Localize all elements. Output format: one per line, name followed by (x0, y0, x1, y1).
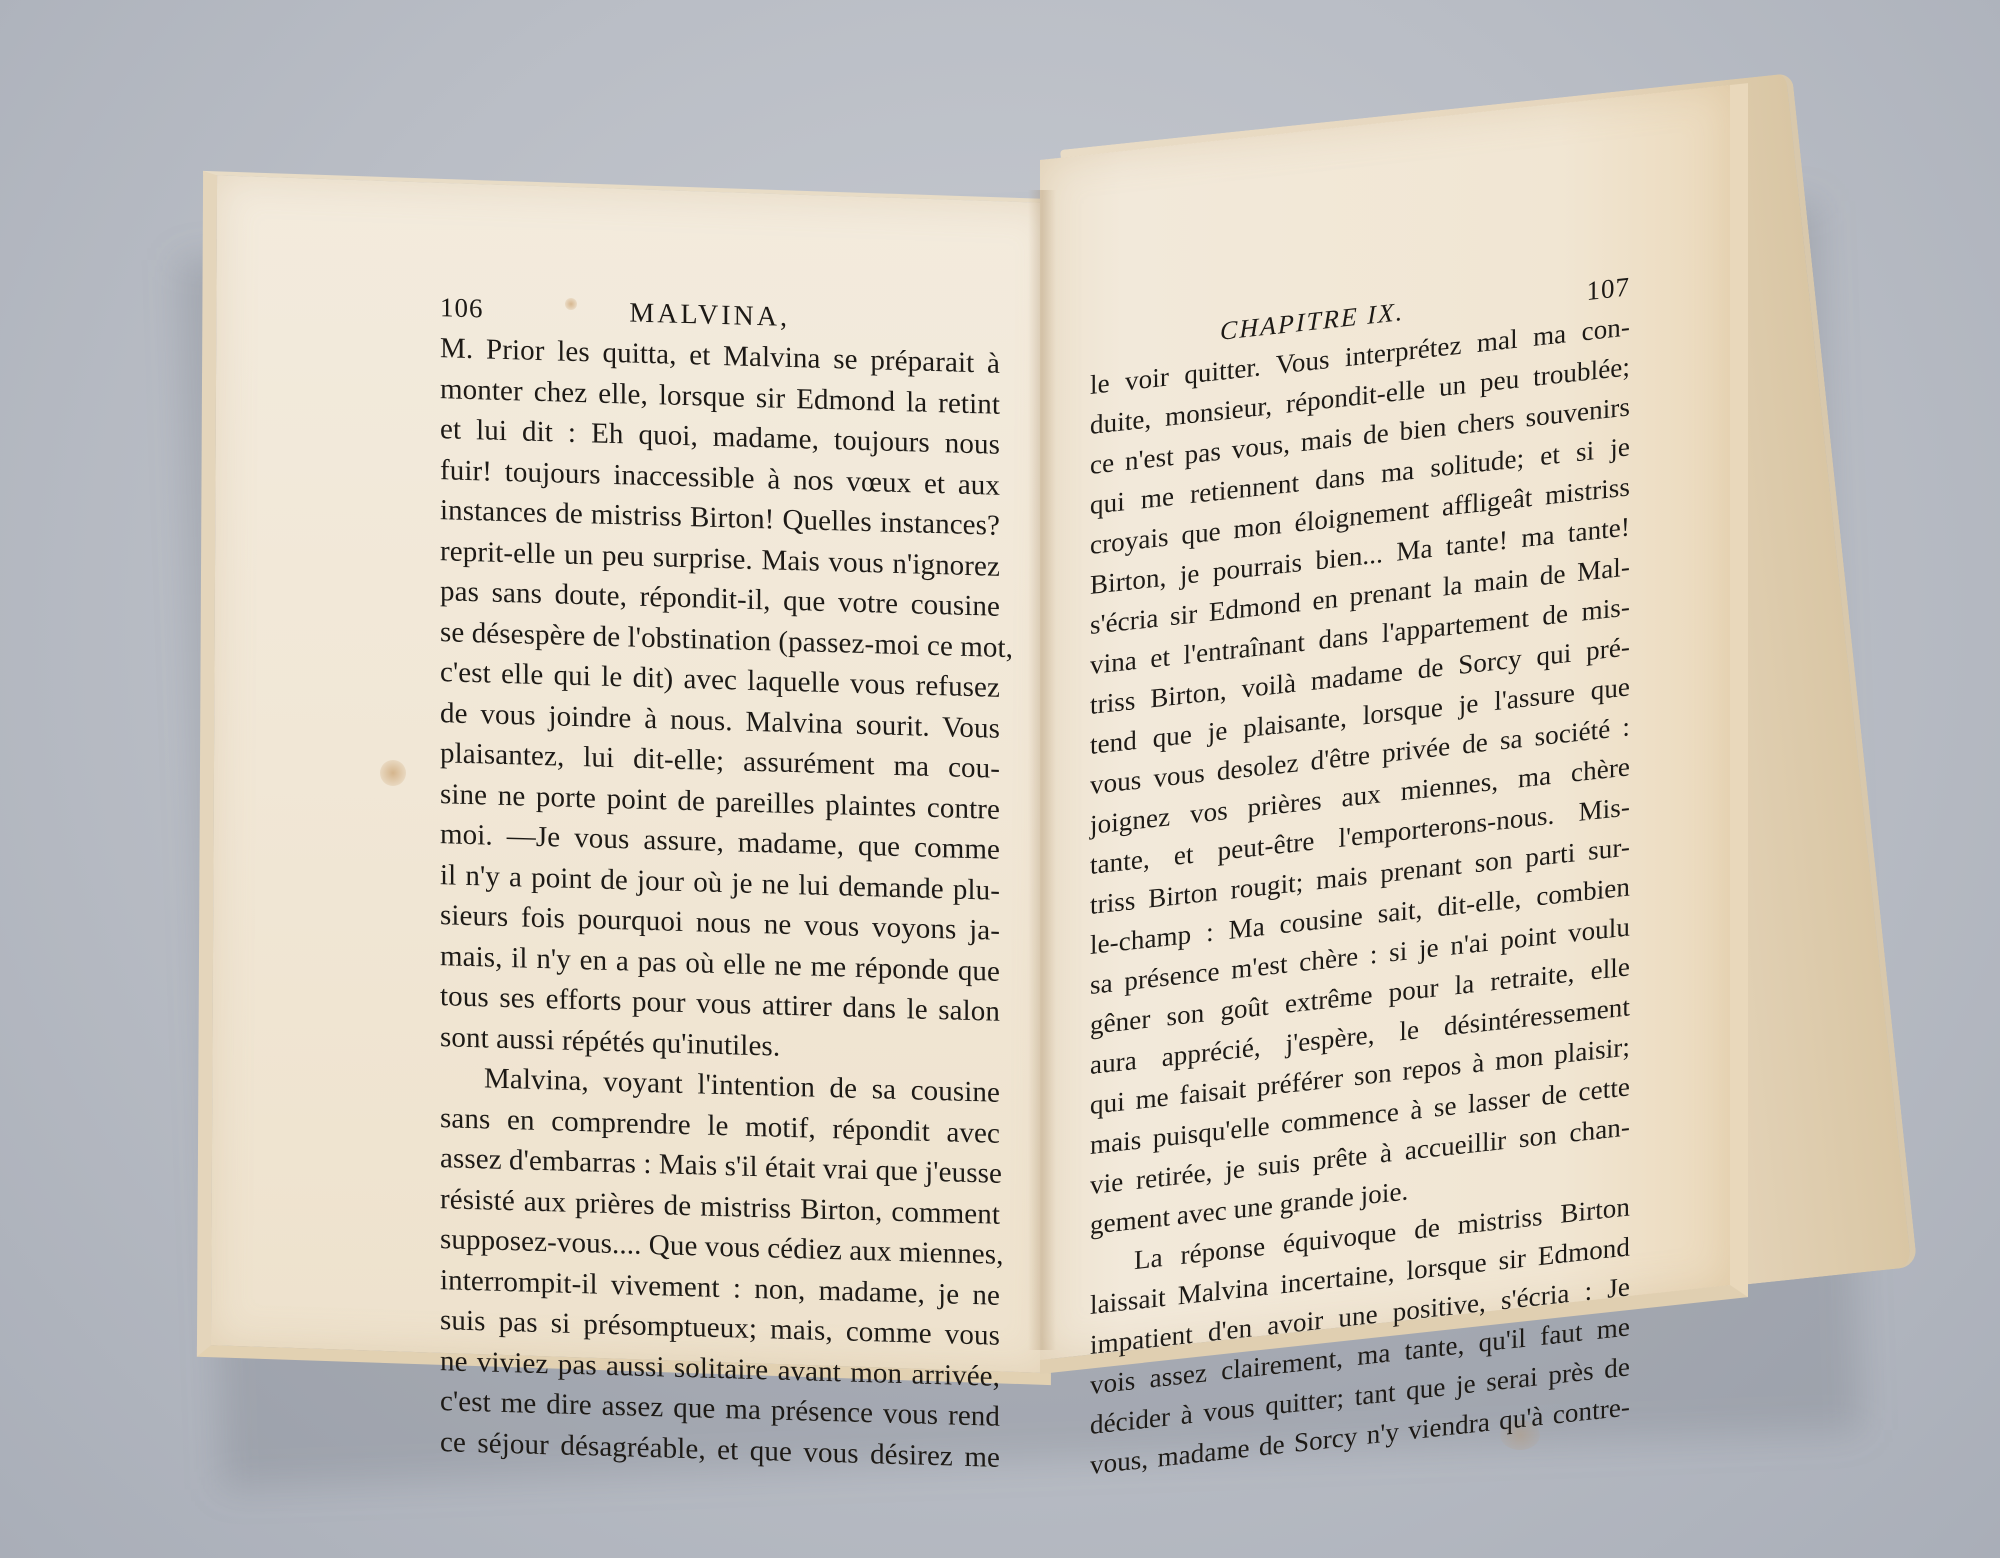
book-gutter (1028, 190, 1056, 1350)
open-book: 106 MALVINA, M. Prior les quitta, et Mal… (0, 0, 2000, 1558)
right-page-text: CHAPITRE IX. 107 le voir quitter. Vous i… (1090, 271, 1630, 1485)
page-number-left: 106 (440, 292, 484, 324)
foxing-stain (380, 760, 406, 786)
running-title: MALVINA, (629, 297, 790, 333)
page-number-right: 107 (1587, 271, 1631, 307)
left-page-text: 106 MALVINA, M. Prior les quitta, et Mal… (440, 292, 1000, 1478)
